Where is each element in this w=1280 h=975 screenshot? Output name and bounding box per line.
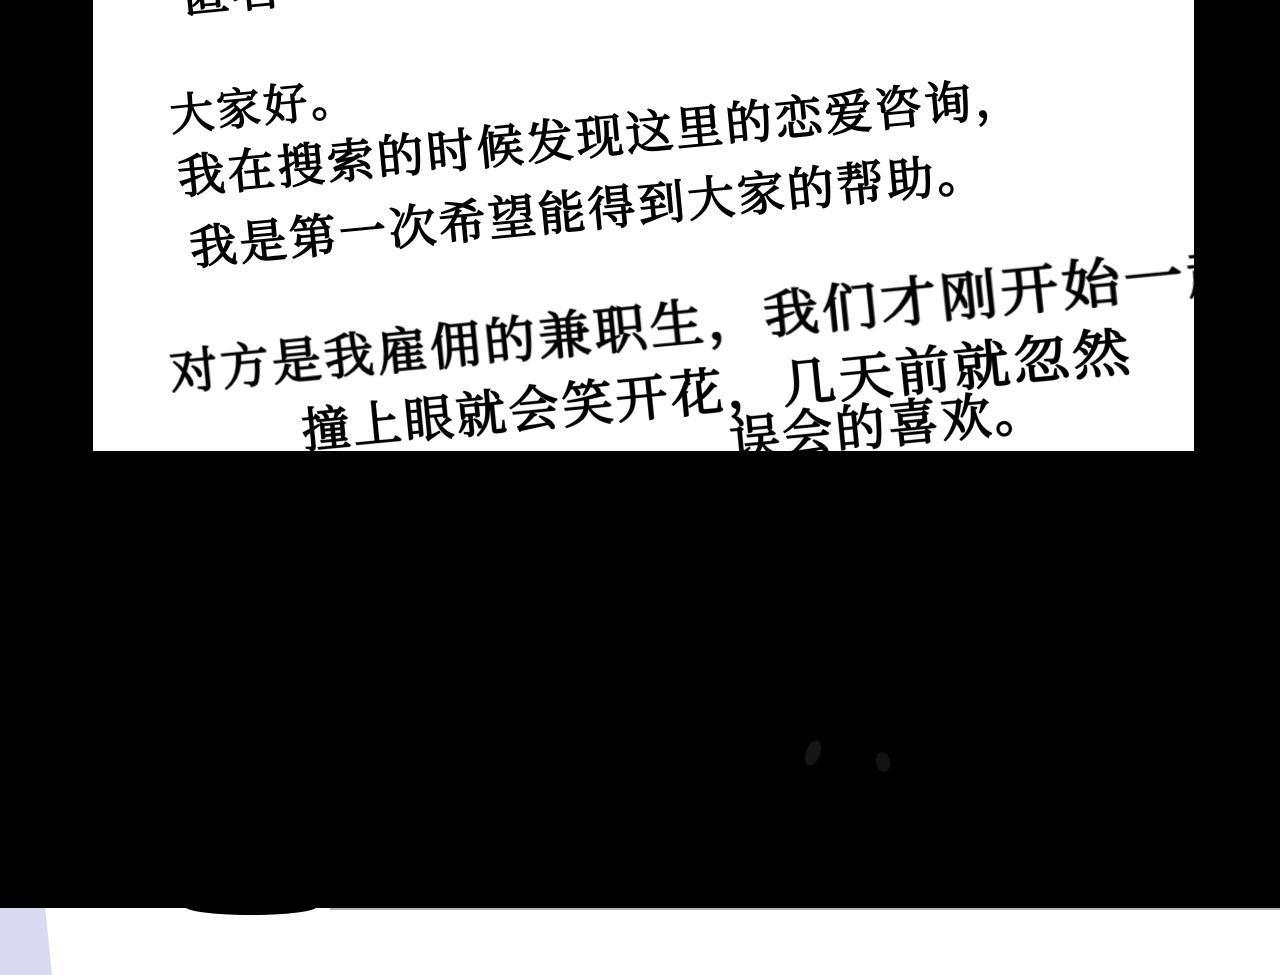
next-panel-corner [0, 908, 52, 975]
comic-page: 匿名 大家好。 我在搜索的时候发现这里的恋爱咨询， 我是第一次希望能得到大家的帮… [0, 0, 1280, 975]
silhouette-bump [185, 898, 317, 915]
next-panel-white-strip [0, 908, 1280, 975]
speech-panel: 匿名 大家好。 我在搜索的时候发现这里的恋爱咨询， 我是第一次希望能得到大家的帮… [93, 0, 1194, 451]
anonymous-author-label: 匿名 [181, 0, 283, 20]
faint-artwork-trace [874, 751, 892, 773]
panel-edge-line [330, 908, 1280, 910]
faint-artwork-trace [802, 738, 824, 767]
speech-text-block: 匿名 大家好。 我在搜索的时候发现这里的恋爱咨询， 我是第一次希望能得到大家的帮… [93, 0, 1194, 451]
speech-line: 大家好。 [168, 77, 359, 139]
